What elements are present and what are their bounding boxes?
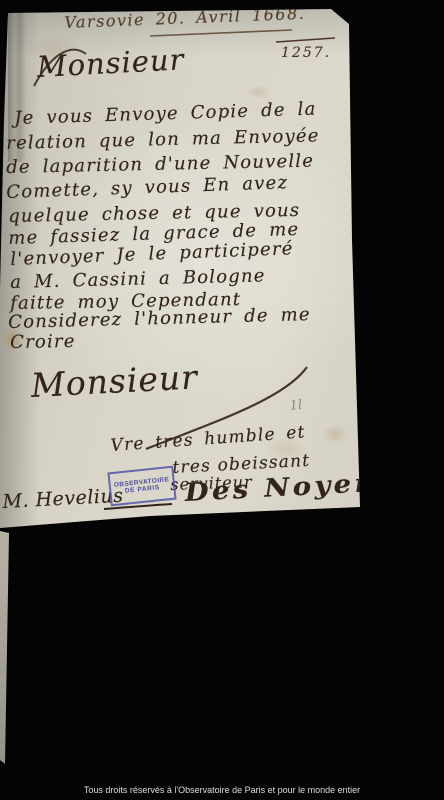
recipient-annotation: M. Hevelius [2,485,124,513]
paper-stain [322,424,348,444]
salutation: Monsieur [36,42,185,84]
body-line: relation que lon ma Envoyée [6,125,320,154]
body-line: Croire [10,331,76,353]
body-line: Je vous Envoye Copie de la [14,99,317,129]
letter-sheet: Varsovie 20. Avril 1668. 1257. Monsieur … [0,0,444,800]
date-line: Varsovie 20. Avril 1668. [64,4,306,32]
observatoire-stamp: OBSERVATOIRE DE PARIS [107,466,176,507]
archive-number: 1257. [281,45,331,61]
paper-stain [246,84,272,100]
date-underline [150,30,292,36]
manuscript-scan: Varsovie 20. Avril 1668. 1257. Monsieur … [0,0,444,800]
number-overbar [276,38,335,42]
pencil-mark: 1l [289,398,303,414]
copyright-caption: Tous droits réservés à l'Observatoire de… [0,785,444,795]
closing-salutation: Monsieur [30,357,199,405]
